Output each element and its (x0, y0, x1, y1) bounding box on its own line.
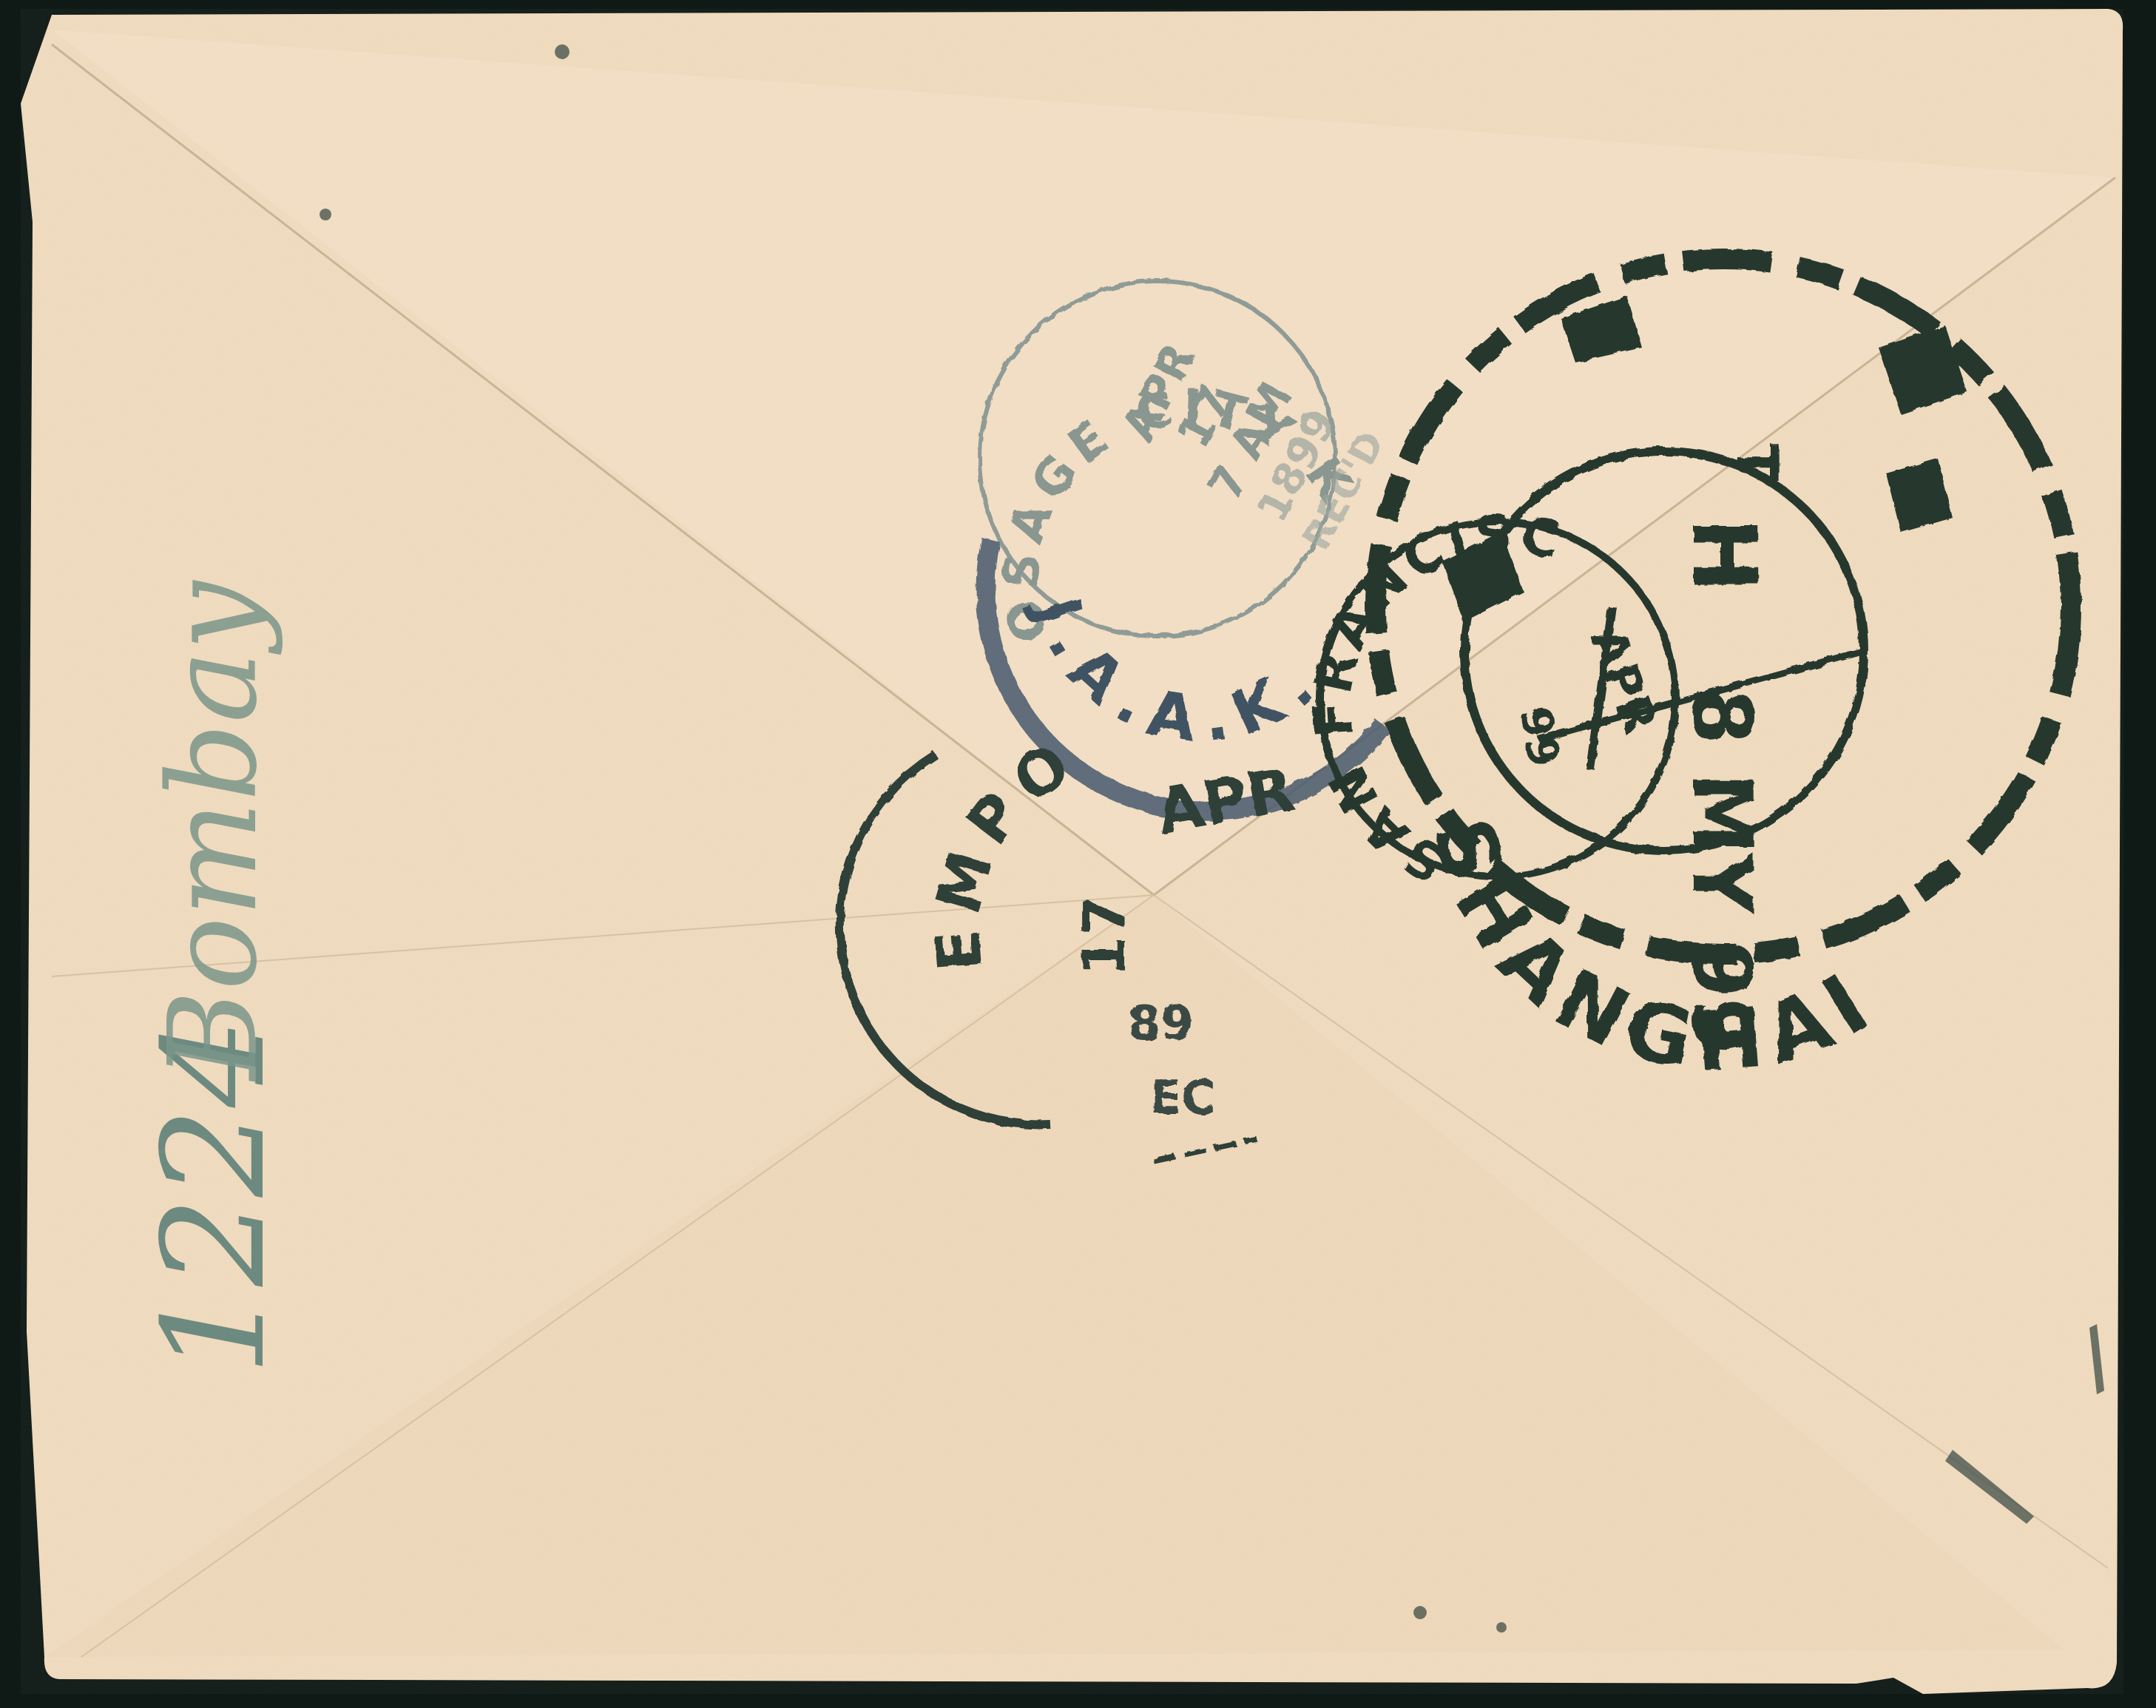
emporia-footer: EC (1150, 1070, 1215, 1124)
pencil-annotation: 1224 Bombay (132, 580, 296, 1376)
emporia-year: 89 (1128, 996, 1194, 1051)
shanghai-date: 8 MY 99 (1675, 688, 1769, 1054)
shanghai-line1: T (1725, 444, 1788, 482)
emporia-day: 17 (1072, 896, 1138, 976)
handwritten-name: Bombay (142, 580, 284, 1082)
shanghai-line2: H (1672, 518, 1775, 592)
envelope-scene: 1224 Bombay OSAGE CITY KAN APR 17 7 AM 1… (0, 0, 2156, 1708)
